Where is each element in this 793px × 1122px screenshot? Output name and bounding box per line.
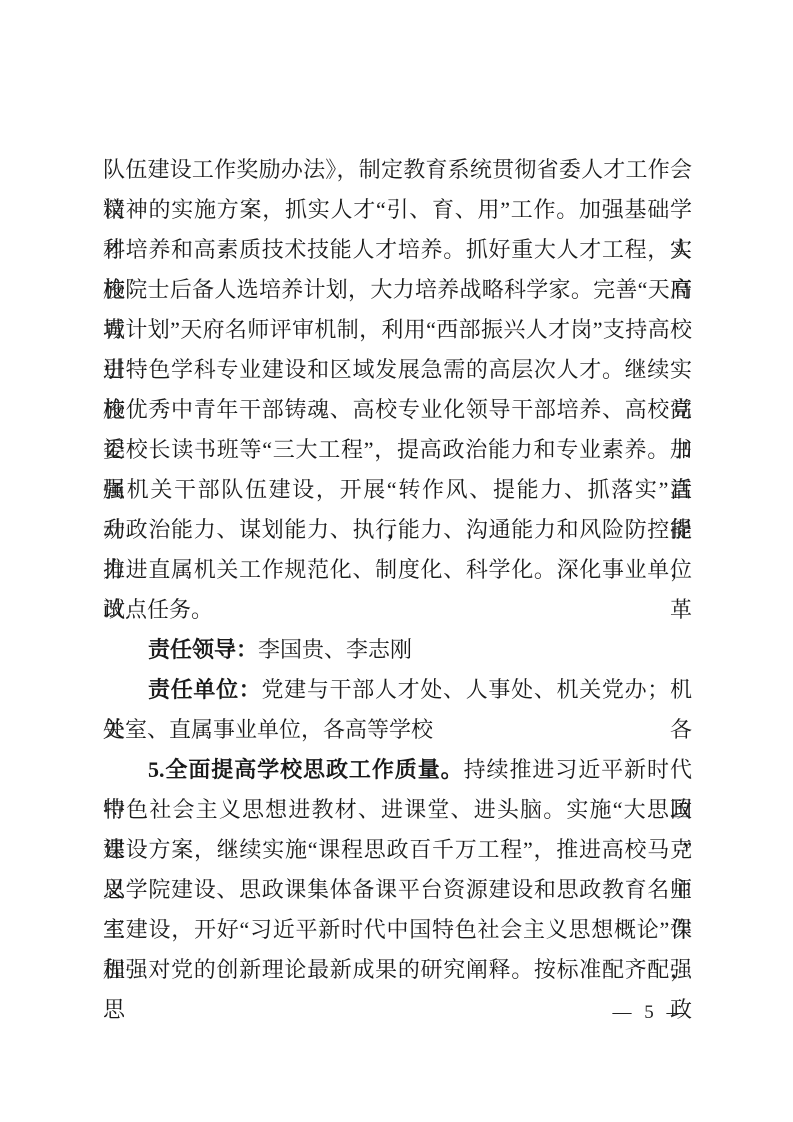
- text-segment: 试点任务。: [103, 597, 213, 622]
- bold-label-segment: 5.全面提高学校思政工作质量。: [148, 757, 464, 782]
- text-segment: 加强对党的创新理论最新成果的研究阐释。按标准配齐配强思政: [103, 957, 692, 1022]
- text-line-6: 进特色学科专业建设和区域发展急需的高层次人才。继续实施高: [103, 350, 692, 390]
- text-line-13: 责任领导：李国贵、李志刚: [103, 630, 692, 670]
- document-page: 队伍建设工作奖励办法》，制定教育系统贯彻省委人才工作会议精神的实施方案，抓实人才…: [0, 0, 793, 1122]
- text-line-4: 校院士后备人选培养计划，大力培养战略科学家。完善“天府青: [103, 270, 692, 310]
- text-line-8: 记校长读书班等“三大工程”，提高政治能力和专业素养。加强直: [103, 430, 692, 470]
- text-line-18: 建设方案，继续实施“课程思政百千万工程”，推进高校马克思主: [103, 830, 692, 870]
- text-line-17: 特色社会主义思想进教材、进课堂、进头脑。实施“大思政课”: [103, 790, 692, 830]
- text-segment: 处室、直属事业单位，各高等学校: [103, 717, 433, 742]
- text-line-5: 城计划”天府名师评审机制，利用“西部振兴人才岗”支持高校引: [103, 310, 692, 350]
- text-line-2: 精神的实施方案，抓实人才“引、育、用”工作。加强基础学科人: [103, 190, 692, 230]
- bold-label-segment: 责任领导：: [148, 637, 258, 662]
- bold-label-segment: 责任单位：: [148, 677, 261, 702]
- page-number: — 5 —: [612, 1000, 686, 1026]
- text-line-14: 责任单位：党建与干部人才处、人事处、机关党办；机关各: [103, 670, 692, 710]
- text-segment: 李国贵、李志刚: [258, 637, 412, 662]
- text-line-20: 室建设，开好“习近平新时代中国特色社会主义思想概论”课程，: [103, 910, 692, 950]
- text-line-11: 推进直属机关工作规范化、制度化、科学化。深化事业单位改革: [103, 550, 692, 590]
- text-line-21: 加强对党的创新理论最新成果的研究阐释。按标准配齐配强思政: [103, 950, 692, 990]
- document-body: 队伍建设工作奖励办法》，制定教育系统贯彻省委人才工作会议精神的实施方案，抓实人才…: [103, 150, 692, 990]
- text-line-19: 义学院建设、思政课集体备课平台资源建设和思政教育名师工作: [103, 870, 692, 910]
- text-line-10: 升政治能力、谋划能力、执行能力、沟通能力和风险防控能力，: [103, 510, 692, 550]
- text-line-1: 队伍建设工作奖励办法》，制定教育系统贯彻省委人才工作会议: [103, 150, 692, 190]
- text-line-9: 属机关干部队伍建设，开展“转作风、提能力、抓落实”活动，提: [103, 470, 692, 510]
- text-line-7: 校优秀中青年干部铸魂、高校专业化领导干部培养、高校党委书: [103, 390, 692, 430]
- text-line-16: 5.全面提高学校思政工作质量。持续推进习近平新时代中国: [103, 750, 692, 790]
- text-line-3: 才培养和高素质技术技能人才培养。抓好重大人才工程，实施高: [103, 230, 692, 270]
